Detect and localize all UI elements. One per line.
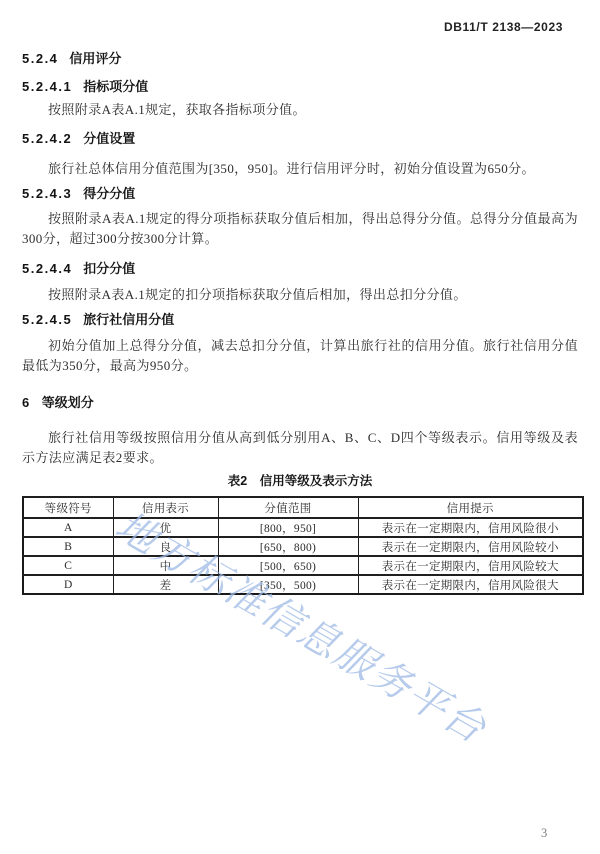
cell-credit-hint: 表示在一定期限内，信用风险很大 [358,575,583,594]
paragraph-6: 旅行社信用等级按照信用分值从高到低分别用A、B、C、D四个等级表示。信用等级及表… [22,428,578,468]
section-number: 5.2.4.5 [22,312,72,327]
cell-credit-hint: 表示在一定期限内，信用风险较小 [358,537,583,556]
cell-credit-hint: 表示在一定期限内，信用风险很小 [358,518,583,537]
cell-grade-symbol: D [23,575,113,594]
document-page: DB11/T 2138—2023 5.2.4信用评分 5.2.4.1指标项分值 … [0,0,600,854]
cell-score-range: [800，950] [218,518,358,537]
section-heading-5-2-4-5: 5.2.4.5旅行社信用分值 [22,309,174,328]
credit-grade-table: 等级符号 信用表示 分值范围 信用提示 A 优 [800，950] 表示在一定期… [22,496,584,595]
section-number: 6 [22,395,31,410]
section-number: 5.2.4 [22,51,58,66]
col-header-credit-label: 信用表示 [113,497,218,518]
paragraph-5-2-4-3: 按照附录A表A.1规定的得分项指标获取分值后相加，得出总得分分值。总得分分值最高… [22,209,578,249]
section-heading-5-2-4-1: 5.2.4.1指标项分值 [22,76,148,95]
table-row-grade-a: A 优 [800，950] 表示在一定期限内，信用风险很小 [23,518,583,537]
doc-code: DB11/T 2138—2023 [444,20,563,34]
section-heading-5-2-4-4: 5.2.4.4扣分分值 [22,258,135,277]
section-heading-5-2-4: 5.2.4信用评分 [22,48,121,67]
page-number: 3 [541,826,548,841]
cell-score-range: [650，800) [218,537,358,556]
section-title: 旅行社信用分值 [83,312,174,327]
table-row-grade-d: D 差 [350，500) 表示在一定期限内，信用风险很大 [23,575,583,594]
table-row-grade-b: B 良 [650，800) 表示在一定期限内，信用风险较小 [23,537,583,556]
cell-credit-label: 差 [113,575,218,594]
cell-grade-symbol: C [23,556,113,575]
table2-caption: 表2 信用等级及表示方法 [0,471,600,489]
paragraph-5-2-4-1: 按照附录A表A.1规定，获取各指标项分值。 [48,100,306,120]
table-header-row: 等级符号 信用表示 分值范围 信用提示 [23,497,583,518]
cell-grade-symbol: B [23,537,113,556]
cell-credit-label: 中 [113,556,218,575]
section-number: 5.2.4.1 [22,79,72,94]
section-title: 信用评分 [69,51,121,66]
section-heading-5-2-4-3: 5.2.4.3得分分值 [22,183,135,202]
col-header-grade-symbol: 等级符号 [23,497,113,518]
cell-credit-label: 优 [113,518,218,537]
section-number: 5.2.4.2 [22,131,72,146]
cell-grade-symbol: A [23,518,113,537]
section-title: 得分分值 [83,186,135,201]
section-title: 等级划分 [42,395,94,410]
section-number: 5.2.4.3 [22,186,72,201]
paragraph-5-2-4-5: 初始分值加上总得分分值，减去总扣分分值，计算出旅行社的信用分值。旅行社信用分值最… [22,336,578,376]
table-row-grade-c: C 中 [500，650) 表示在一定期限内，信用风险较大 [23,556,583,575]
cell-credit-label: 良 [113,537,218,556]
paragraph-5-2-4-2: 旅行社总体信用分值范围为[350，950]。进行信用评分时，初始分值设置为650… [48,159,535,179]
cell-credit-hint: 表示在一定期限内，信用风险较大 [358,556,583,575]
section-title: 扣分分值 [83,261,135,276]
section-heading-5-2-4-2: 5.2.4.2分值设置 [22,128,135,147]
section-title: 指标项分值 [83,79,148,94]
section-title: 分值设置 [83,131,135,146]
section-number: 5.2.4.4 [22,261,72,276]
cell-score-range: [500，650) [218,556,358,575]
section-heading-6: 6等级划分 [22,392,94,411]
col-header-score-range: 分值范围 [218,497,358,518]
paragraph-5-2-4-4: 按照附录A表A.1规定的扣分项指标获取分值后相加，得出总扣分分值。 [48,285,467,305]
cell-score-range: [350，500) [218,575,358,594]
col-header-credit-hint: 信用提示 [358,497,583,518]
